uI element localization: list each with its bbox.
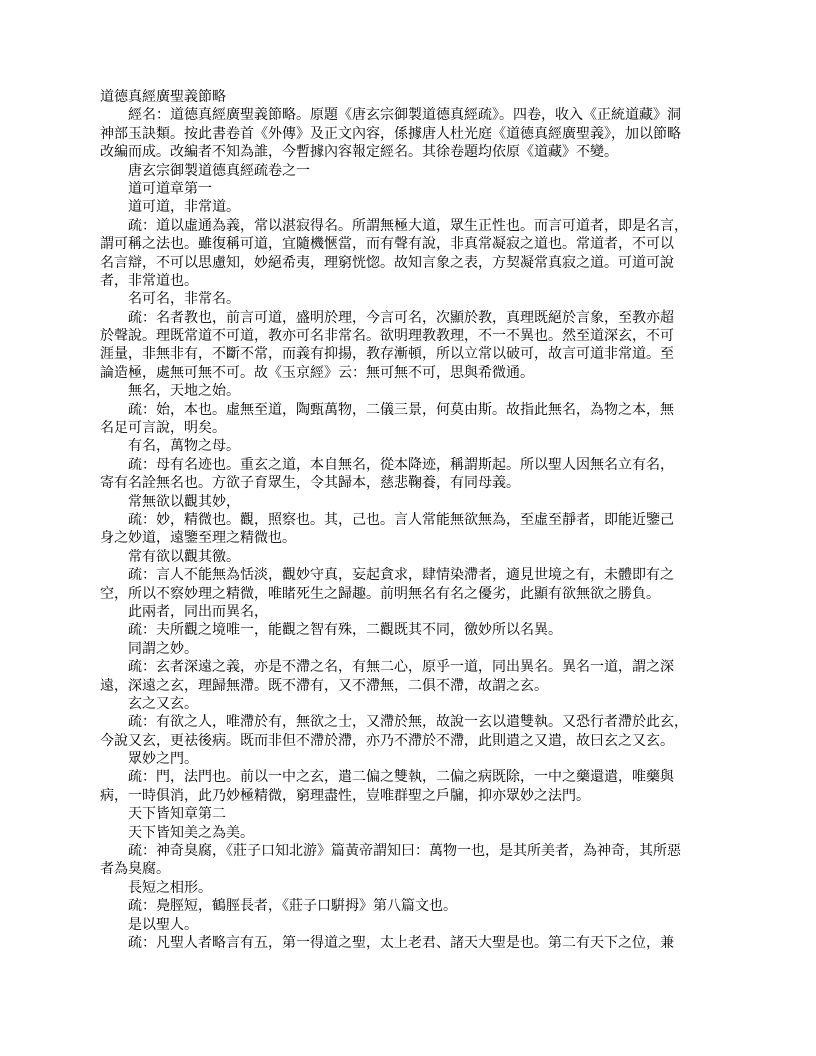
text-line: 名言辯，不可以思慮知，妙絕希夷，理窮恍惚。故知言象之表，方契凝常真寂之道。可道可… <box>100 255 732 273</box>
text-line: 疏：始，本也。虛無至道，陶甄萬物，二儀三景，何莫由斯。故指此無名，為物之本，無 <box>100 402 732 420</box>
text-line: 於聲說。理既常道不可道，教亦可名非常名。欲明理教教理，不一不異也。然至道深玄，不… <box>100 328 732 346</box>
text-line: 疏：玄者深遠之義，亦是不滯之名，有無二心，原乎一道，同出異名。異名一道，謂之深 <box>100 659 732 677</box>
text-line: 謂可稱之法也。雖復稱可道，宜隨機愜當，而有聲有說，非真常凝寂之道也。常道者，不可… <box>100 236 732 254</box>
text-line: 疏：門，法門也。前以一中之玄，遣二偏之雙執，二偏之病既除，一中之藥還遣，唯藥與 <box>100 769 732 787</box>
document-title: 道德真經廣聖義節略 <box>100 89 732 107</box>
text-line: 道可道，非常道。 <box>100 199 732 217</box>
text-line: 寄有名詮無名也。方欲子育眾生，令其歸本，慈悲鞠養，有同母義。 <box>100 475 732 493</box>
text-line: 神部玉訣類。按此書卷首《外傳》及正文內容，係據唐人杜光庭《道德真經廣聖義》，加以… <box>100 126 732 144</box>
text-line: 涯量，非無非有，不斷不常，而義有抑揚，教存漸頓，所以立常以破可，故言可道非常道。… <box>100 346 732 364</box>
text-line: 天下皆知章第二 <box>100 806 732 824</box>
text-line: 玄之又玄。 <box>100 696 732 714</box>
text-line: 唐玄宗御製道德真經疏卷之一 <box>100 163 732 181</box>
text-line: 天下皆知美之為美。 <box>100 825 732 843</box>
text-line: 名足可言說，明矣。 <box>100 420 732 438</box>
text-line: 是以聖人。 <box>100 917 732 935</box>
text-line: 同謂之妙。 <box>100 641 732 659</box>
text-line: 疏：名者教也，前言可道，盛明於理，今言可名，次顯於教，真理既絕於言象，至教亦超 <box>100 310 732 328</box>
text-line: 疏：夫所觀之境唯一，能觀之智有殊，二觀既其不同，徼妙所以名異。 <box>100 622 732 640</box>
text-line: 遠，深遠之玄，理歸無滯。既不滯有，又不滯無，二俱不滯，故謂之玄。 <box>100 678 732 696</box>
text-line: 此兩者，同出而異名， <box>100 604 732 622</box>
text-line: 疏：神奇臭腐，《莊子口知北游》篇黃帝謂知曰：萬物一也，是其所美者，為神奇，其所惡 <box>100 843 732 861</box>
text-line: 疏：凡聖人者略言有五，第一得道之聖，太上老君、諸天大聖是也。第二有天下之位，兼 <box>100 935 732 953</box>
text-line: 身之妙道，遠鑒至理之精微也。 <box>100 530 732 548</box>
text-line: 長短之相形。 <box>100 880 732 898</box>
text-line: 疏：有欲之人，唯滯於有，無欲之士，又滯於無，故說一玄以遣雙執。又恐行者滯於此玄， <box>100 714 732 732</box>
text-line: 者為臭腐。 <box>100 861 732 879</box>
text-line: 疏：道以虛通為義，常以湛寂得名。所謂無極大道，眾生正性也。而言可道者，即是名言， <box>100 218 732 236</box>
text-line: 疏：妙，精微也。觀，照察也。其，己也。言人常能無欲無為，至虛至靜者，即能近鑒己 <box>100 512 732 530</box>
document-lines: 經名：道德真經廣聖義節略。原題《唐玄宗御製道德真經疏》。四卷，收入《正統道藏》洞… <box>100 107 732 953</box>
text-line: 者，非常道也。 <box>100 273 732 291</box>
document-page: 道德真經廣聖義節略 經名：道德真經廣聖義節略。原題《唐玄宗御製道德真經疏》。四卷… <box>0 0 816 1056</box>
text-line: 無名，天地之始。 <box>100 383 732 401</box>
text-line: 經名：道德真經廣聖義節略。原題《唐玄宗御製道德真經疏》。四卷，收入《正統道藏》洞 <box>100 107 732 125</box>
text-line: 常無欲以觀其妙， <box>100 494 732 512</box>
document-body: 道德真經廣聖義節略 經名：道德真經廣聖義節略。原題《唐玄宗御製道德真經疏》。四卷… <box>100 89 732 953</box>
text-line: 疏：母有名迹也。重玄之道，本自無名，從本降迹，稱謂斯起。所以聖人因無名立有名， <box>100 457 732 475</box>
text-line: 名可名，非常名。 <box>100 291 732 309</box>
text-line: 眾妙之門。 <box>100 751 732 769</box>
text-line: 道可道章第一 <box>100 181 732 199</box>
text-line: 疏：鳧脛短，鶴脛長者，《莊子口騈拇》第八篇文也。 <box>100 898 732 916</box>
text-line: 今說又玄，更祛後病。既而非但不滯於滯，亦乃不滯於不滯，此則遣之又遣，故曰玄之又玄… <box>100 733 732 751</box>
text-line: 論造極，處無可無不可。故《玉京經》云：無可無不可，思與希微通。 <box>100 365 732 383</box>
text-line: 常有欲以觀其徼。 <box>100 549 732 567</box>
text-line: 空，所以不察妙理之精微，唯睹死生之歸趣。前明無名有名之優劣，此顯有欲無欲之勝負。 <box>100 586 732 604</box>
text-line: 有名，萬物之母。 <box>100 438 732 456</box>
text-line: 病，一時俱消，此乃妙極精微，窮理盡性，豈唯群聖之戶牖，抑亦眾妙之法門。 <box>100 788 732 806</box>
text-line: 疏：言人不能無為恬淡，觀妙守真，妄起貪求，肆情染滯者，適見世境之有，未體即有之 <box>100 567 732 585</box>
text-line: 改編而成。改編者不知為誰，今暫據內容報定經名。其徐卷題均依原《道藏》不變。 <box>100 144 732 162</box>
